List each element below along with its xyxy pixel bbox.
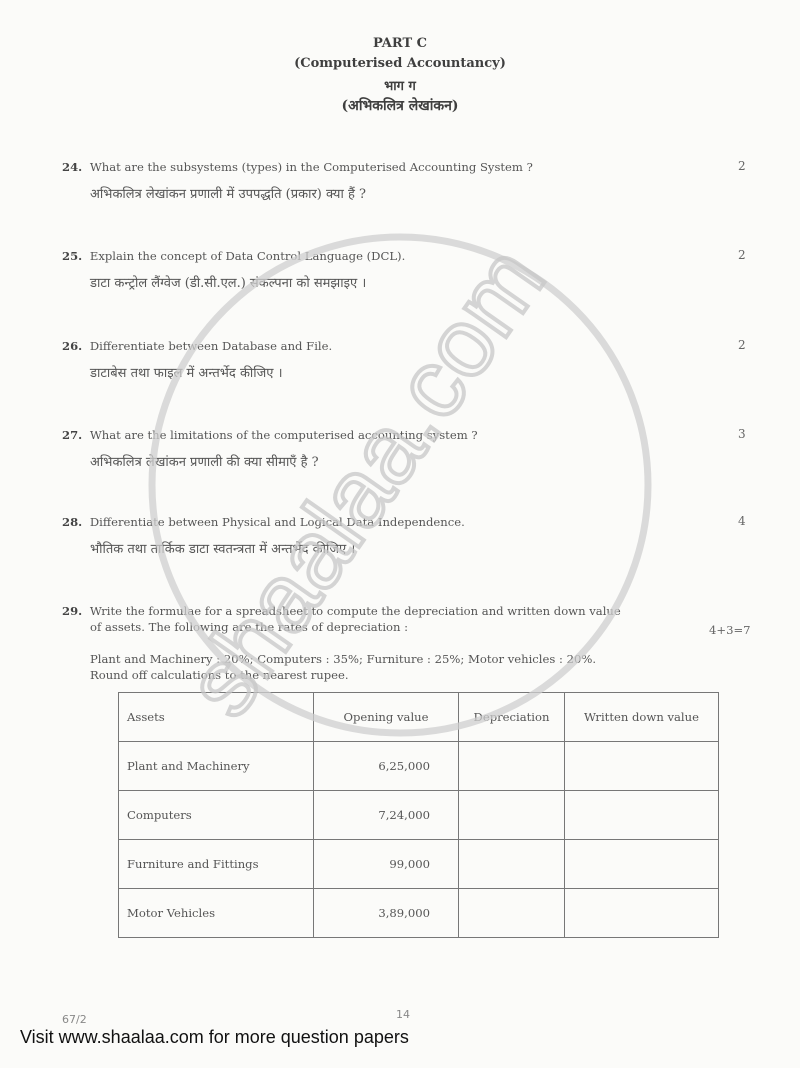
- question-text-line1: Write the formulae for a spreadsheet to …: [90, 604, 621, 618]
- marks-27: 3: [738, 427, 746, 441]
- question-text-hindi: अभिकलित्र लेखांकन प्रणाली में उपपद्धति (…: [90, 184, 366, 202]
- asset-name: Motor Vehicles: [119, 889, 314, 938]
- question-number: 26.: [62, 339, 82, 353]
- table-row: Motor Vehicles 3,89,000: [119, 889, 719, 938]
- page-number: 14: [396, 1008, 410, 1021]
- question-text-hindi: डाटाबेस तथा फाइल में अन्तर्भेद कीजिए ।: [90, 363, 283, 381]
- question-number: 29.: [62, 604, 82, 618]
- asset-name: Plant and Machinery: [119, 742, 314, 791]
- question-text: What are the subsystems (types) in the C…: [90, 160, 533, 174]
- depreciation-cell: [459, 840, 565, 889]
- assets-table: Assets Opening value Depreciation Writte…: [118, 692, 719, 938]
- part-heading-hindi: भाग ग: [0, 76, 800, 94]
- question-number: 27.: [62, 428, 82, 442]
- table-row: Computers 7,24,000: [119, 791, 719, 840]
- marks-26: 2: [738, 338, 746, 352]
- question-text-line2: of assets. The following are the rates o…: [90, 620, 408, 634]
- header-assets: Assets: [119, 693, 314, 742]
- opening-value: 99,000: [314, 840, 459, 889]
- visit-link[interactable]: Visit www.shaalaa.com for more question …: [20, 1027, 409, 1048]
- question-28: 28. Differentiate between Physical and L…: [62, 515, 722, 529]
- question-number: 24.: [62, 160, 82, 174]
- opening-value: 3,89,000: [314, 889, 459, 938]
- header-depreciation: Depreciation: [459, 693, 565, 742]
- written-down-value-cell: [565, 889, 719, 938]
- paper-code: 67/2: [62, 1013, 87, 1026]
- header-opening-value: Opening value: [314, 693, 459, 742]
- opening-value: 6,25,000: [314, 742, 459, 791]
- question-text: What are the limitations of the computer…: [90, 428, 478, 442]
- subject-heading: (Computerised Accountancy): [0, 56, 800, 71]
- marks-28: 4: [738, 514, 746, 528]
- question-29: 29. Write the formulae for a spreadsheet…: [62, 604, 722, 618]
- part-heading: PART C: [0, 36, 800, 51]
- written-down-value-cell: [565, 742, 719, 791]
- asset-name: Furniture and Fittings: [119, 840, 314, 889]
- asset-name: Computers: [119, 791, 314, 840]
- subject-heading-hindi: (अभिकलित्र लेखांकन): [0, 96, 800, 115]
- question-number: 28.: [62, 515, 82, 529]
- marks-24: 2: [738, 159, 746, 173]
- question-25: 25. Explain the concept of Data Control …: [62, 249, 722, 263]
- depreciation-cell: [459, 742, 565, 791]
- marks-29: 4+3=7: [709, 623, 751, 637]
- question-text-hindi: डाटा कन्ट्रोल लैंग्वेज (डी.सी.एल.) संकल्…: [90, 273, 366, 291]
- header-written-down-value: Written down value: [565, 693, 719, 742]
- question-text: Differentiate between Database and File.: [90, 339, 332, 353]
- table-header-row: Assets Opening value Depreciation Writte…: [119, 693, 719, 742]
- question-text: Differentiate between Physical and Logic…: [90, 515, 465, 529]
- depreciation-rates: Plant and Machinery : 20%; Computers : 3…: [90, 652, 596, 666]
- rounding-note: Round off calculations to the nearest ru…: [90, 668, 349, 682]
- depreciation-cell: [459, 889, 565, 938]
- question-24: 24. What are the subsystems (types) in t…: [62, 160, 722, 174]
- written-down-value-cell: [565, 840, 719, 889]
- question-26: 26. Differentiate between Database and F…: [62, 339, 722, 353]
- question-text-hindi: अभिकलित्र लेखांकन प्रणाली की क्या सीमाएँ…: [90, 452, 319, 470]
- table-row: Plant and Machinery 6,25,000: [119, 742, 719, 791]
- question-text: Explain the concept of Data Control Lang…: [90, 249, 405, 263]
- marks-25: 2: [738, 248, 746, 262]
- question-text-hindi: भौतिक तथा तार्किक डाटा स्वतन्त्रता में अ…: [90, 539, 355, 557]
- written-down-value-cell: [565, 791, 719, 840]
- depreciation-cell: [459, 791, 565, 840]
- table-row: Furniture and Fittings 99,000: [119, 840, 719, 889]
- question-27: 27. What are the limitations of the comp…: [62, 428, 722, 442]
- question-number: 25.: [62, 249, 82, 263]
- opening-value: 7,24,000: [314, 791, 459, 840]
